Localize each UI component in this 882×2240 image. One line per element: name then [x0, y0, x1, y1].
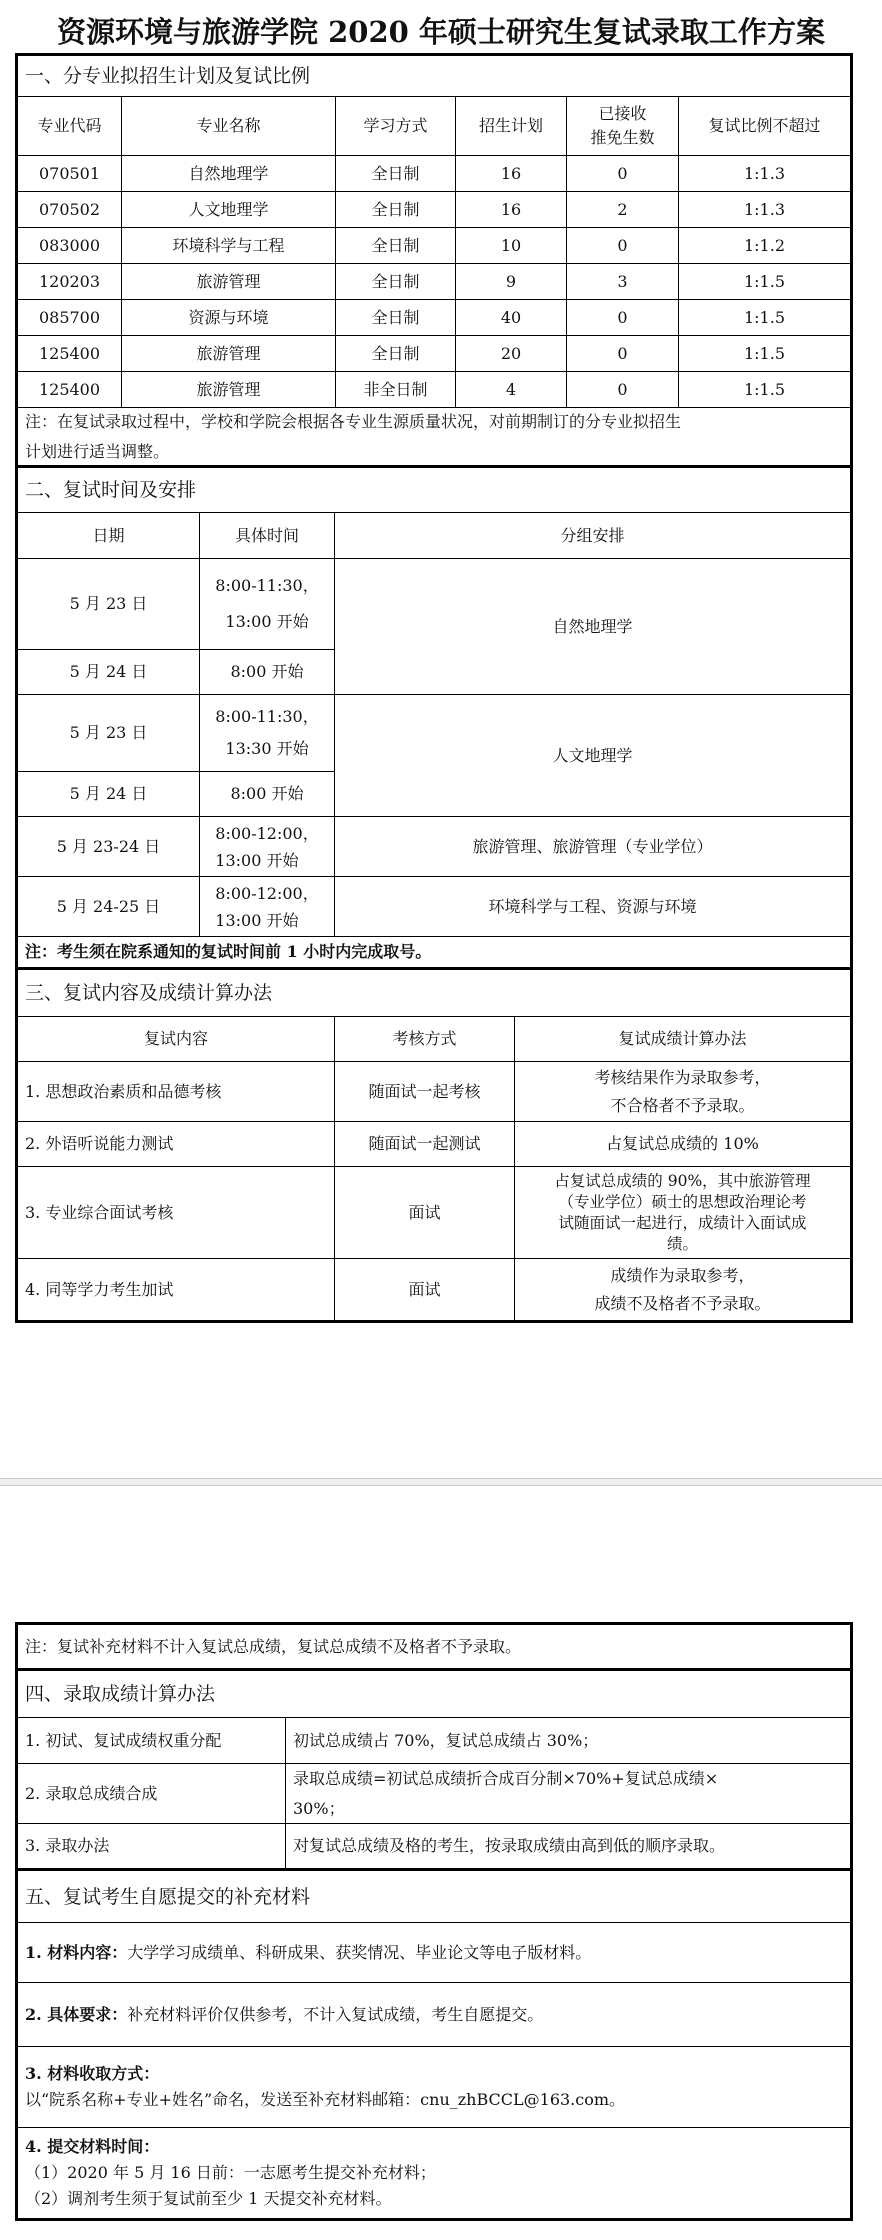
row-plan: 16 [456, 156, 567, 192]
schedule-time: 8:00-11:30， 13:00 开始 [200, 559, 335, 650]
row-ratio: 1:1.2 [679, 228, 850, 264]
schedule-date: 5 月 23-24 日 [18, 817, 200, 877]
assessment-content: 3. 专业综合面试考核 [18, 1167, 335, 1259]
row-mode: 非全日制 [336, 372, 456, 408]
row-name: 旅游管理 [122, 264, 336, 300]
section1-note-line2: 计划进行适当调整。 [25, 437, 681, 467]
value-line: 录取总成绩=初试总成绩折合成百分制×70%+复试总成绩× [293, 1764, 718, 1794]
section4-heading: 四、录取成绩计算办法 [18, 1671, 850, 1718]
page-break [0, 1478, 882, 1486]
row-plan: 16 [456, 192, 567, 228]
row-exempt: 0 [567, 372, 679, 408]
schedule-date: 5 月 23 日 [18, 559, 200, 650]
col-header-exempt: 已接收 推免生数 [567, 97, 679, 156]
row-exempt: 2 [567, 192, 679, 228]
document-title: 资源环境与旅游学院 2020 年硕士研究生复试录取工作方案 [0, 12, 882, 52]
schedule-date: 5 月 24-25 日 [18, 877, 200, 937]
schedule-time-line2: 13:00 开始 [215, 907, 298, 934]
row-name: 人文地理学 [122, 192, 336, 228]
schedule-time-line1: 8:00-11:30， [215, 568, 318, 604]
schedule-time-line1: 8:00-12:00， [215, 820, 318, 847]
row-code: 120203 [18, 264, 122, 300]
admission-label: 3. 录取办法 [18, 1824, 286, 1871]
row-mode: 全日制 [336, 336, 456, 372]
row-name: 旅游管理 [122, 336, 336, 372]
admission-value: 初试总成绩占 70%，复试总成绩占 30%； [286, 1718, 850, 1764]
page1-table: 一、分专业拟招生计划及复试比例 专业代码 专业名称 学习方式 招生计划 已接收 … [15, 53, 853, 1323]
assessment-method: 面试 [335, 1259, 515, 1320]
schedule-time: 8:00-12:00， 13:00 开始 [200, 877, 335, 937]
calc-line: 试随面试一起进行，成绩计入面试成 [558, 1213, 806, 1234]
material-item-label: 4. 提交材料时间： [25, 2137, 159, 2156]
schedule-date: 5 月 23 日 [18, 695, 200, 772]
section2-note: 注：考生须在院系通知的复试时间前 1 小时内完成取号。 [18, 937, 850, 970]
col-header-ratio: 复试比例不超过 [679, 97, 850, 156]
schedule-time-line1: 8:00-12:00， [215, 880, 318, 907]
section3-heading: 三、复试内容及成绩计算办法 [18, 970, 850, 1017]
assessment-method: 随面试一起考核 [335, 1062, 515, 1122]
schedule-time-line2: 13:00 开始 [215, 847, 298, 874]
schedule-group: 旅游管理、旅游管理（专业学位） [335, 817, 850, 877]
value-line: 30%； [293, 1794, 345, 1824]
calc-line: 成绩作为录取参考， [610, 1262, 754, 1290]
row-plan: 20 [456, 336, 567, 372]
admission-value: 录取总成绩=初试总成绩折合成百分制×70%+复试总成绩× 30%； [286, 1764, 850, 1824]
material-item-label: 3. 材料收取方式： [25, 2064, 159, 2083]
assessment-method: 面试 [335, 1167, 515, 1259]
row-code: 070502 [18, 192, 122, 228]
col-header-time: 具体时间 [200, 513, 335, 559]
row-name: 自然地理学 [122, 156, 336, 192]
material-item-line: （1）2020 年 5 月 16 日前：一志愿考生提交补充材料； [25, 2160, 436, 2186]
assessment-calc: 占复试总成绩的 10% [515, 1122, 850, 1167]
calc-line: （专业学位）硕士的思想政治理论考 [558, 1192, 806, 1213]
schedule-time-line1: 8:00-11:30， [215, 701, 318, 733]
section5-heading: 五、复试考生自愿提交的补充材料 [18, 1871, 850, 1923]
col-header-date: 日期 [18, 513, 200, 559]
col-header-method: 考核方式 [335, 1017, 515, 1062]
schedule-time-line2: 13:30 开始 [225, 733, 308, 765]
section3-note: 注：复试补充材料不计入复试总成绩，复试总成绩不及格者不予录取。 [18, 1625, 850, 1671]
calc-line: 占复试总成绩的 90%，其中旅游管理 [554, 1171, 810, 1192]
row-mode: 全日制 [336, 264, 456, 300]
row-exempt: 0 [567, 300, 679, 336]
col-header-name: 专业名称 [122, 97, 336, 156]
assessment-calc: 考核结果作为录取参考， 不合格者不予录取。 [515, 1062, 850, 1122]
row-name: 旅游管理 [122, 372, 336, 408]
material-item-line: （2）调剂考生须于复试前至少 1 天提交补充材料。 [25, 2186, 436, 2212]
col-header-code: 专业代码 [18, 97, 122, 156]
row-code: 085700 [18, 300, 122, 336]
admission-label: 1. 初试、复试成绩权重分配 [18, 1718, 286, 1764]
row-ratio: 1:1.3 [679, 156, 850, 192]
row-mode: 全日制 [336, 156, 456, 192]
col-header-content: 复试内容 [18, 1017, 335, 1062]
admission-value: 对复试总成绩及格的考生，按录取成绩由高到低的顺序录取。 [286, 1824, 850, 1871]
schedule-time: 8:00 开始 [200, 772, 335, 817]
material-item: 2. 具体要求：补充材料评价仅供参考，不计入复试成绩，考生自愿提交。 [18, 1983, 850, 2047]
material-item: 1. 材料内容：大学学习成绩单、科研成果、获奖情况、毕业论文等电子版材料。 [18, 1923, 850, 1983]
row-ratio: 1:1.5 [679, 336, 850, 372]
assessment-content: 4. 同等学力考生加试 [18, 1259, 335, 1320]
col-header-group: 分组安排 [335, 513, 850, 559]
row-plan: 40 [456, 300, 567, 336]
row-plan: 10 [456, 228, 567, 264]
row-ratio: 1:1.3 [679, 192, 850, 228]
row-code: 125400 [18, 372, 122, 408]
row-ratio: 1:1.5 [679, 264, 850, 300]
calc-line: 成绩不及格者不予录取。 [594, 1290, 770, 1318]
material-item-text: 以“院系名称+专业+姓名”命名，发送至补充材料邮箱：cnu_zhBCCL@163… [25, 2087, 625, 2113]
col-header-calc: 复试成绩计算办法 [515, 1017, 850, 1062]
row-exempt: 0 [567, 228, 679, 264]
row-plan: 9 [456, 264, 567, 300]
row-exempt: 0 [567, 336, 679, 372]
section2-heading: 二、复试时间及安排 [18, 468, 850, 513]
row-plan: 4 [456, 372, 567, 408]
material-item-label: 2. 具体要求： [25, 2005, 127, 2024]
assessment-calc: 占复试总成绩的 90%，其中旅游管理 （专业学位）硕士的思想政治理论考 试随面试… [515, 1167, 850, 1259]
material-item: 4. 提交材料时间： （1）2020 年 5 月 16 日前：一志愿考生提交补充… [18, 2128, 850, 2218]
section1-note: 注：在复试录取过程中，学校和学院会根据各专业生源质量状况，对前期制订的分专业拟招… [18, 408, 850, 468]
row-mode: 全日制 [336, 192, 456, 228]
assessment-method: 随面试一起测试 [335, 1122, 515, 1167]
schedule-time-line2: 13:00 开始 [225, 604, 308, 640]
material-item: 3. 材料收取方式： 以“院系名称+专业+姓名”命名，发送至补充材料邮箱：cnu… [18, 2047, 850, 2128]
row-exempt: 0 [567, 156, 679, 192]
row-mode: 全日制 [336, 300, 456, 336]
row-mode: 全日制 [336, 228, 456, 264]
row-code: 125400 [18, 336, 122, 372]
section1-note-line1: 注：在复试录取过程中，学校和学院会根据各专业生源质量状况，对前期制订的分专业拟招… [25, 407, 681, 437]
assessment-content: 2. 外语听说能力测试 [18, 1122, 335, 1167]
row-ratio: 1:1.5 [679, 300, 850, 336]
col-header-exempt-line2: 推免生数 [590, 126, 654, 150]
schedule-date: 5 月 24 日 [18, 650, 200, 695]
col-header-exempt-line1: 已接收 [598, 102, 646, 126]
assessment-content: 1. 思想政治素质和品德考核 [18, 1062, 335, 1122]
assessment-calc: 成绩作为录取参考， 成绩不及格者不予录取。 [515, 1259, 850, 1320]
page2-table: 注：复试补充材料不计入复试总成绩，复试总成绩不及格者不予录取。 四、录取成绩计算… [15, 1622, 853, 2221]
calc-line: 绩。 [667, 1234, 698, 1255]
admission-label: 2. 录取总成绩合成 [18, 1764, 286, 1824]
material-item-text: 大学学习成绩单、科研成果、获奖情况、毕业论文等电子版材料。 [127, 1943, 591, 1962]
col-header-mode: 学习方式 [336, 97, 456, 156]
schedule-group: 环境科学与工程、资源与环境 [335, 877, 850, 937]
section1-heading: 一、分专业拟招生计划及复试比例 [18, 56, 850, 97]
schedule-date: 5 月 24 日 [18, 772, 200, 817]
col-header-plan: 招生计划 [456, 97, 567, 156]
schedule-group: 自然地理学 [335, 559, 850, 695]
row-name: 环境科学与工程 [122, 228, 336, 264]
row-name: 资源与环境 [122, 300, 336, 336]
calc-line: 不合格者不予录取。 [610, 1092, 754, 1120]
material-item-text: 补充材料评价仅供参考，不计入复试成绩，考生自愿提交。 [127, 2005, 543, 2024]
row-code: 070501 [18, 156, 122, 192]
calc-line: 考核结果作为录取参考， [594, 1064, 770, 1092]
material-item-label: 1. 材料内容： [25, 1943, 127, 1962]
row-exempt: 3 [567, 264, 679, 300]
schedule-time: 8:00 开始 [200, 650, 335, 695]
schedule-time: 8:00-12:00， 13:00 开始 [200, 817, 335, 877]
schedule-time: 8:00-11:30， 13:30 开始 [200, 695, 335, 772]
row-code: 083000 [18, 228, 122, 264]
schedule-group: 人文地理学 [335, 695, 850, 817]
row-ratio: 1:1.5 [679, 372, 850, 408]
